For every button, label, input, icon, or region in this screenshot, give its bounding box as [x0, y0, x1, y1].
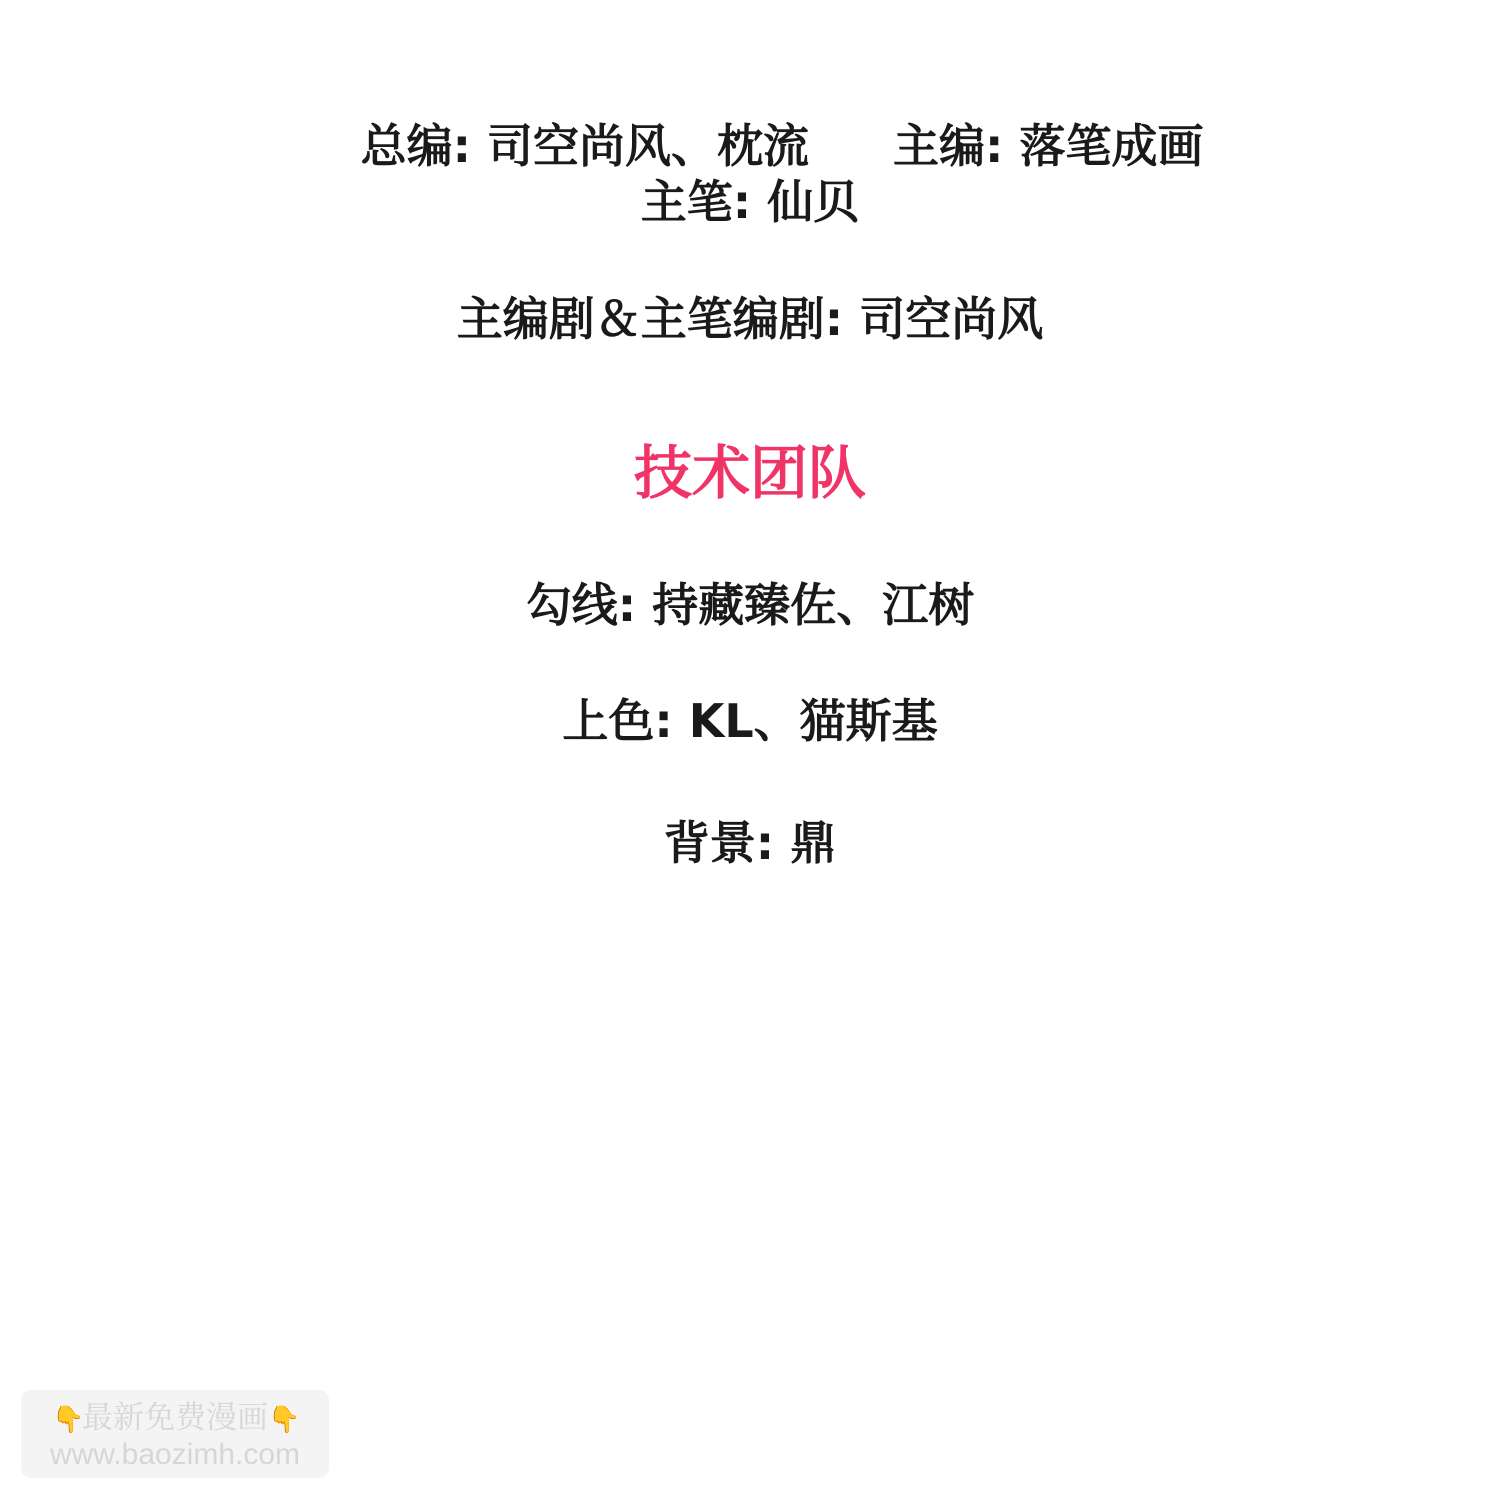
watermark-text: 最新免费漫画	[82, 1400, 268, 1435]
credits-page: 总编: 司空尚风、枕流主编: 落笔成画 主笔: 仙贝 主编剧＆主笔编剧: 司空尚…	[0, 0, 1500, 1500]
editor-credit: 主编: 落笔成画	[893, 116, 1203, 176]
line-art-credit: 勾线: 持藏臻佐、江树	[0, 575, 1500, 635]
site-watermark[interactable]: 👇最新免费漫画👇 www.baozimh.com	[21, 1390, 329, 1478]
lead-writer-credit: 主编剧＆主笔编剧: 司空尚风	[0, 289, 1500, 349]
tech-team-heading: 技术团队	[0, 438, 1500, 508]
coloring-credit: 上色: KL、猫斯基	[0, 691, 1500, 751]
background-credit: 背景: 鼎	[0, 813, 1500, 873]
pointing-down-icon: 👇	[52, 1401, 82, 1437]
chief-editor-credit: 总编: 司空尚风、枕流	[361, 116, 809, 176]
watermark-top-line: 👇最新免费漫画👇	[21, 1400, 329, 1437]
lead-artist-credit: 主笔: 仙贝	[0, 172, 1500, 232]
pointing-down-icon: 👇	[268, 1401, 298, 1437]
watermark-site-url[interactable]: www.baozimh.com	[21, 1437, 329, 1473]
